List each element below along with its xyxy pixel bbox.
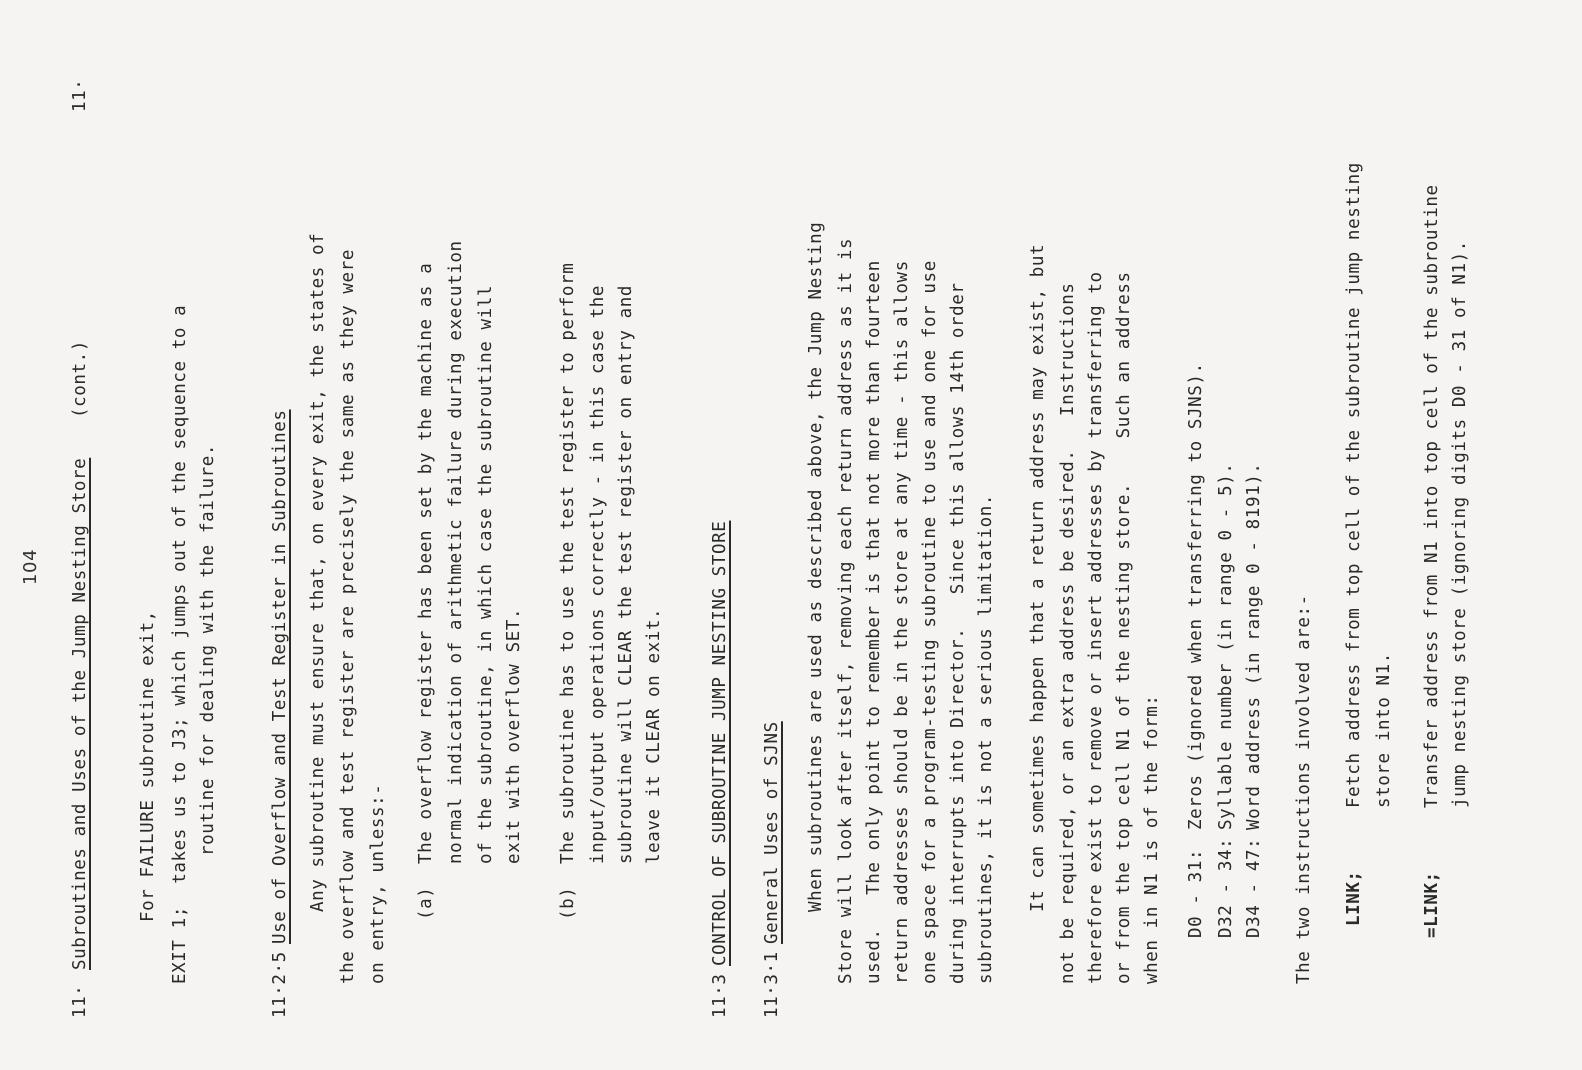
para-line: When subroutines are used as described a… xyxy=(808,222,826,912)
page-header-title: Subroutines and Uses of the Jump Nesting… xyxy=(72,458,90,970)
instruction-code: LINK; xyxy=(1346,870,1364,926)
item-a-label: (a) xyxy=(418,887,436,920)
document-page: 104 11· Subroutines and Uses of the Jump… xyxy=(0,0,1582,1070)
exit-line-1: EXIT 1; takes us to J3; which jumps out … xyxy=(172,305,190,984)
item-a-line: of the subroutine, in which case the sub… xyxy=(478,285,496,864)
section-11-3-number: 11·3 xyxy=(712,973,730,1018)
section-11-3-1-title: General Uses of SJNS xyxy=(764,721,782,944)
item-b-line: subroutine will CLEAR the test register … xyxy=(618,285,636,864)
para-line: on entry, unless:- xyxy=(370,784,388,984)
header-section-left: 11· xyxy=(72,985,90,1018)
item-b-label: (b) xyxy=(560,887,578,920)
item-b-line: leave it CLEAR on exit. xyxy=(646,608,664,864)
item-a-line: normal indication of arithmetic failure … xyxy=(448,240,466,864)
instruction-line: Transfer address from N1 into top cell o… xyxy=(1424,184,1442,808)
section-11-2-5-number: 11·2·5 xyxy=(272,951,290,1018)
header-cont: (cont.) xyxy=(72,340,90,418)
format-desc: Zeros (ignored when transferring to SJNS… xyxy=(1188,362,1206,830)
item-b-line: The subroutine has to use the test regis… xyxy=(560,263,578,864)
para-line: Store will look after itself, removing e… xyxy=(838,238,856,984)
para-line: the overflow and test register are preci… xyxy=(340,249,358,984)
page-number: 104 xyxy=(22,549,40,585)
instruction-code: =LINK; xyxy=(1424,871,1442,938)
para-line: not be required, or an extra address be … xyxy=(1060,282,1078,984)
para-line: used. The only point to remember is that… xyxy=(866,260,884,984)
format-range: D0 - 31: xyxy=(1188,849,1206,938)
section-11-3-title: CONTROL OF SUBROUTINE JUMP NESTING STORE xyxy=(712,521,730,966)
instruction-line: store into N1. xyxy=(1376,652,1394,808)
para-line: or from the top cell N1 of the nesting s… xyxy=(1116,271,1134,984)
failure-intro: For FAILURE subroutine exit, xyxy=(140,610,158,922)
exit-line-2: routine for dealing with the failure. xyxy=(200,444,218,856)
section-11-3-1-number: 11·3·1 xyxy=(764,951,782,1018)
para-line: during interrupts into Director. Since t… xyxy=(950,282,968,984)
instruction-line: Fetch address from top cell of the subro… xyxy=(1346,162,1364,808)
instructions-intro: The two instructions involved are:- xyxy=(1296,594,1314,984)
section-11-2-5-title: Use of Overflow and Test Register in Sub… xyxy=(272,409,290,944)
para-line: one space for a program-testing subrouti… xyxy=(922,260,940,984)
para-line: therefore exist to remove or insert addr… xyxy=(1088,271,1106,984)
instruction-line: jump nesting store (ignoring digits D0 -… xyxy=(1452,240,1470,808)
para-line: Any subroutine must ensure that, on ever… xyxy=(310,233,328,912)
item-a-line: The overflow register has been set by th… xyxy=(418,263,436,864)
format-range: D32 - 34: xyxy=(1218,838,1236,938)
header-section-right: 11· xyxy=(72,79,90,112)
para-line: when in N1 is of the form: xyxy=(1144,694,1162,984)
format-desc: Syllable number (in range 0 - 5). xyxy=(1218,463,1236,830)
format-desc: Word address (in range 0 - 8191). xyxy=(1246,463,1264,830)
para-line: return addresses should be in the store … xyxy=(894,260,912,984)
para-line: subroutines, it is not a serious limitat… xyxy=(978,494,996,984)
format-range: D34 - 47: xyxy=(1246,838,1264,938)
item-b-line: input/output operations correctly - in t… xyxy=(590,285,608,864)
para-line: It can sometimes happen that a return ad… xyxy=(1030,244,1048,912)
item-a-line: exit with overflow SET. xyxy=(506,608,524,864)
